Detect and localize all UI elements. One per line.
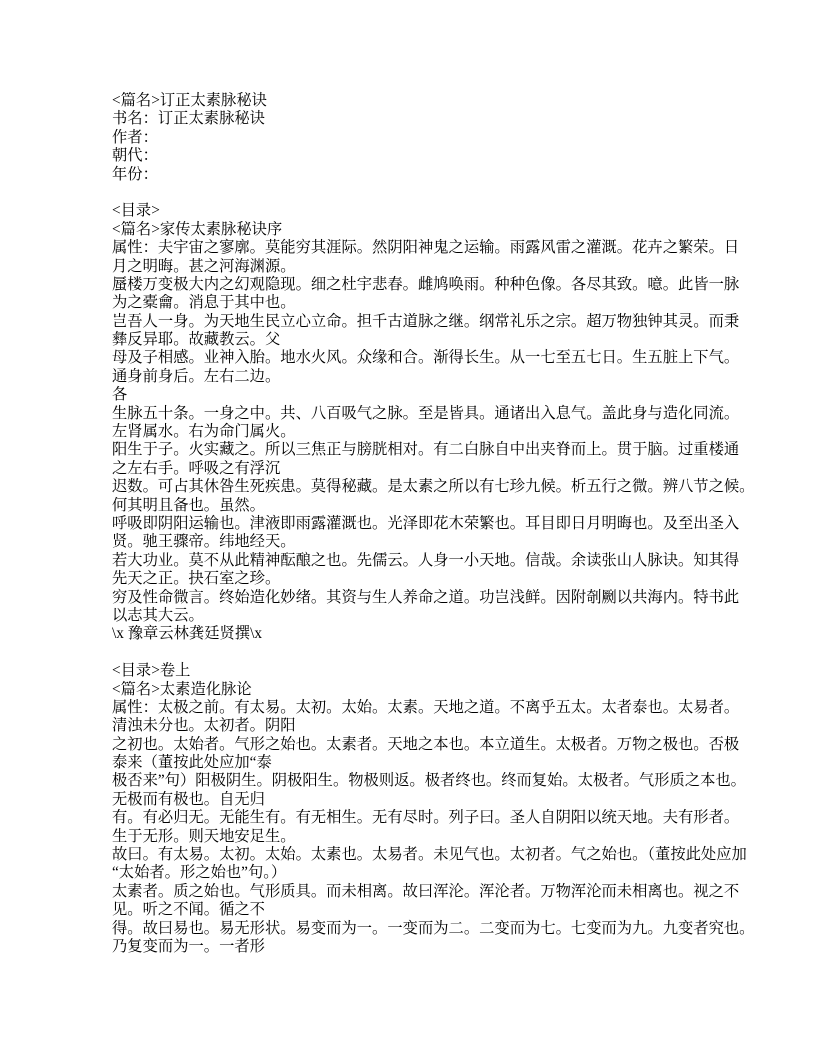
text-line: 穷及性命微言。终始造化妙绪。其资与生人养命之道。功岂浅鲜。因附剞劂以共海内。特书… <box>112 589 760 607</box>
text-line: 迟数。可占其休咎生死疾患。莫得秘藏。是太素之所以有七珍九候。析五行之微。辨八节之… <box>112 478 760 496</box>
text-line: 故曰。有太易。太初。太始。太素也。太易者。未见气也。太初者。气之始也。（董按此处… <box>112 846 760 864</box>
text-line: 清浊未分也。太初者。阴阳 <box>112 717 760 735</box>
text-line: 为之橐龠。消息于其中也。 <box>112 294 760 312</box>
text-line: 各 <box>112 386 760 404</box>
text-line <box>112 644 760 662</box>
text-line: <目录> <box>112 202 760 220</box>
text-line: <篇名>太素造化脉论 <box>112 681 760 699</box>
text-line: 月之明晦。甚之河海渊源。 <box>112 258 760 276</box>
text-line: 彝反异耶。故藏教云。父 <box>112 331 760 349</box>
text-line: 极否来”句）阳极阴生。阴极阳生。物极则返。极者终也。终而复始。太极者。气形质之本… <box>112 772 760 790</box>
text-line: 属性：夫宇宙之寥廓。莫能穷其涯际。然阴阳神鬼之运输。雨露风雷之灌溉。花卉之繁荣。… <box>112 239 760 257</box>
text-line: 岂吾人一身。为天地生民立心立命。担千古道脉之继。纲常礼乐之宗。超万物独钟其灵。而… <box>112 313 760 331</box>
text-line: 阳生于子。火实藏之。所以三焦正与膀胱相对。有二白脉自中出夹脊而上。贯于脑。过重楼… <box>112 441 760 459</box>
document-page: <篇名>订正太素脉秘诀书名：订正太素脉秘诀作者：朝代：年份： <目录><篇名>家… <box>0 0 816 1056</box>
text-line: 属性：太极之前。有太易。太初。太始。太素。天地之道。不离乎五太。太者泰也。太易者… <box>112 699 760 717</box>
text-line: 蜃楼万变极大内之幻观隐现。细之杜宇悲春。雌鸠唤雨。种种色像。各尽其致。噫。此皆一… <box>112 276 760 294</box>
text-line: “太始者。形之始也”句。） <box>112 864 760 882</box>
text-line: 太素者。质之始也。气形质具。而未相离。故曰浑沦。浑沦者。万物浑沦而未相离也。视之… <box>112 883 760 901</box>
text-line: 乃复变而为一。一者形 <box>112 938 760 956</box>
text-line: 呼吸即阴阳运输也。津液即雨露灌溉也。光泽即花木荣繁也。耳目即日月明晦也。及至出圣… <box>112 515 760 533</box>
text-line: 见。听之不闻。循之不 <box>112 901 760 919</box>
text-line: 之左右手。呼吸之有浮沉 <box>112 460 760 478</box>
text-line: 通身前身后。左右二边。 <box>112 368 760 386</box>
text-line: 以志其大云。 <box>112 607 760 625</box>
text-line: 先天之正。抉石室之珍。 <box>112 570 760 588</box>
text-line: 无极而有极也。自无归 <box>112 791 760 809</box>
text-line: 泰来（董按此处应加“泰 <box>112 754 760 772</box>
text-line: <篇名>家传太素脉秘诀序 <box>112 221 760 239</box>
text-line: 年份： <box>112 166 760 184</box>
text-line: <篇名>订正太素脉秘诀 <box>112 92 760 110</box>
text-line: 有。有必归无。无能生有。有无相生。无有尽时。列子曰。圣人自阴阳以统天地。夫有形者… <box>112 809 760 827</box>
text-line: 贤。驰王骤帝。纬地经天。 <box>112 533 760 551</box>
text-line: 生脉五十条。一身之中。共、八百吸气之脉。至是皆具。通诸出入息气。盖此身与造化同流… <box>112 405 760 423</box>
text-line: 母及子相感。业神入胎。地水火风。众缘和合。渐得长生。从一七至五七日。生五脏上下气… <box>112 349 760 367</box>
document-body: <篇名>订正太素脉秘诀书名：订正太素脉秘诀作者：朝代：年份： <目录><篇名>家… <box>112 92 760 956</box>
text-line: 作者： <box>112 129 760 147</box>
text-line: 书名：订正太素脉秘诀 <box>112 110 760 128</box>
text-line <box>112 184 760 202</box>
text-line: 之初也。太始者。气形之始也。太素者。天地之本也。本立道生。太极者。万物之极也。否… <box>112 736 760 754</box>
text-line: 生于无形。则天地安足生。 <box>112 828 760 846</box>
text-line: 左肾属水。右为命门属火。 <box>112 423 760 441</box>
text-line: \x 豫章云林龚廷贤撰\x <box>112 625 760 643</box>
text-line: 若大功业。莫不从此精神酝酿之也。先儒云。人身一小天地。信哉。余读张山人脉诀。知其… <box>112 552 760 570</box>
text-line: 何其明且备也。虽然。 <box>112 497 760 515</box>
text-line: 朝代： <box>112 147 760 165</box>
text-line: 得。故曰易也。易无形状。易变而为一。一变而为二。二变而为七。七变而为九。九变者究… <box>112 920 760 938</box>
text-line: <目录>卷上 <box>112 662 760 680</box>
